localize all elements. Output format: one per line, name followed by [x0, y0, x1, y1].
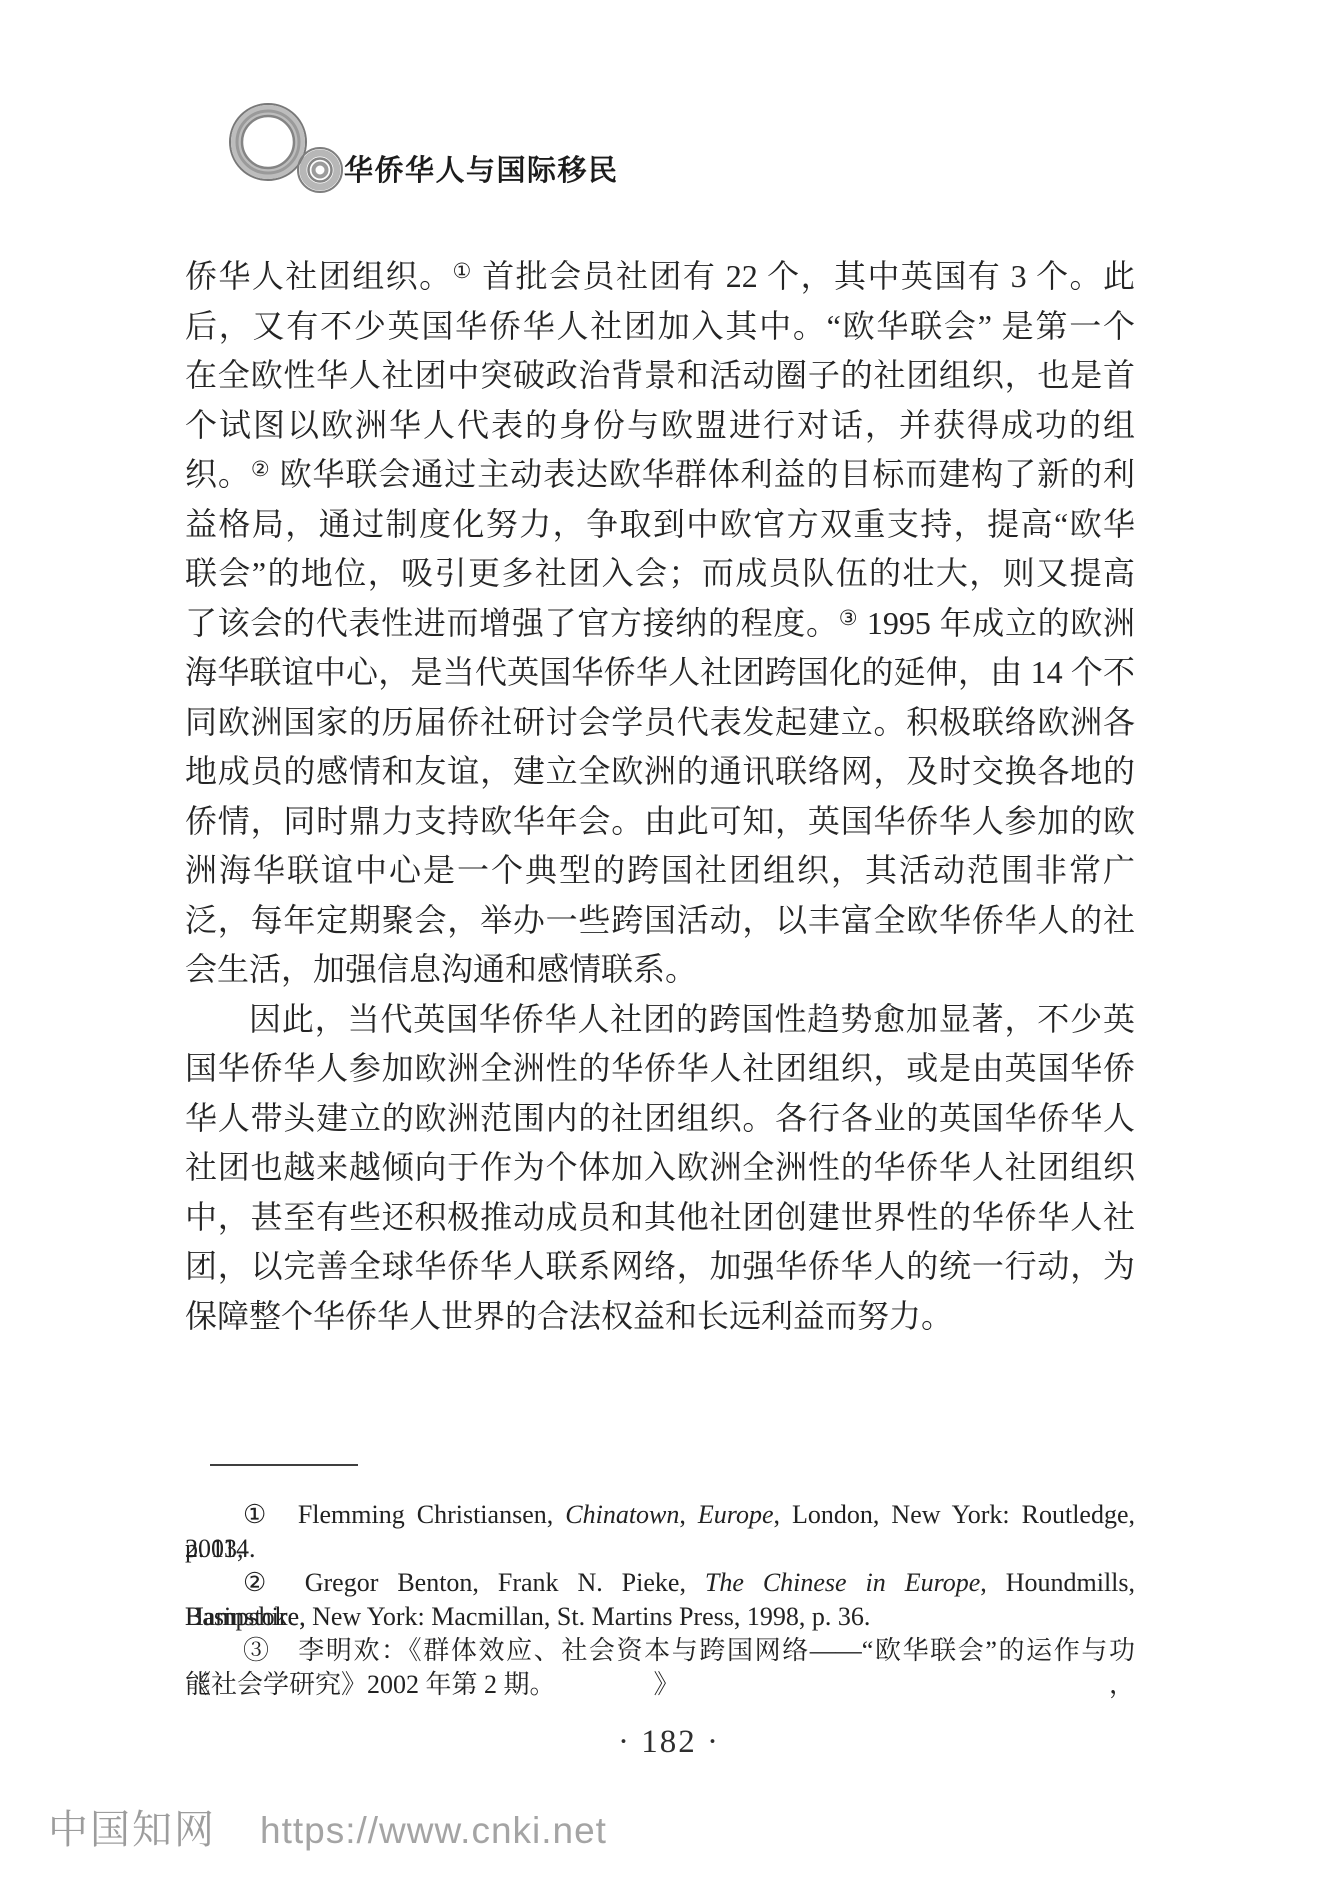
footnote-1-line: p. 114.	[185, 1532, 1135, 1566]
footnote-1-line: ① Flemming Christiansen, Chinatown, Euro…	[185, 1498, 1135, 1532]
body-text-line: 联会”的地位，吸引更多社团入会；而成员队伍的壮大，则又提高	[185, 549, 1135, 599]
body-text-line: 地成员的感情和友谊，建立全欧洲的通讯联络网，及时交换各地的	[185, 747, 1135, 797]
body-text-line: 因此，当代英国华侨华人社团的跨国性趋势愈加显著，不少英	[185, 995, 1135, 1045]
main-text-block: 侨华人社团组织。① 首批会员社团有 22 个，其中英国有 3 个。此 后，又有不…	[185, 252, 1135, 1341]
body-text-line: 团，以完善全球华侨华人联系网络，加强华侨华人的统一行动，为	[185, 1242, 1135, 1292]
footnote-separator-rule	[210, 1464, 358, 1466]
footnote-3-line: ③ 李明欢：《群体效应、社会资本与跨国网络——“欧华联会”的运作与功能》，	[185, 1634, 1135, 1668]
watermark-url: https://www.cnki.net	[260, 1810, 607, 1852]
body-text-line: 中，甚至有些还积极推动成员和其他社团创建世界性的华侨华人社	[185, 1193, 1135, 1243]
book-title: 华侨华人与国际移民	[344, 148, 619, 189]
body-text-line: 海华联谊中心，是当代英国华侨华人社团跨国化的延伸，由 14 个不	[185, 648, 1135, 698]
body-text-line: 会生活，加强信息沟通和感情联系。	[185, 945, 1135, 995]
body-text-line: 在全欧性华人社团中突破政治背景和活动圈子的社团组织，也是首	[185, 351, 1135, 401]
body-text-line: 社团也越来越倾向于作为个体加入欧洲全洲性的华侨华人社团组织	[185, 1143, 1135, 1193]
body-text-line: 同欧洲国家的历届侨社研讨会学员代表发起建立。积极联络欧洲各	[185, 698, 1135, 748]
body-text-line: 了该会的代表性进而增强了官方接纳的程度。③ 1995 年成立的欧洲	[185, 599, 1135, 649]
scanned-book-page: 华侨华人与国际移民 侨华人社团组织。① 首批会员社团有 22 个，其中英国有 3…	[0, 0, 1338, 1890]
body-text-line: 侨情，同时鼎力支持欧华年会。由此可知，英国华侨华人参加的欧	[185, 797, 1135, 847]
cnki-watermark: 中国知网 https://www.cnki.net	[48, 1798, 607, 1855]
cnki-rings-logo-icon	[226, 100, 346, 203]
footnotes-section: ① Flemming Christiansen, Chinatown, Euro…	[185, 1498, 1135, 1702]
body-text-line: 洲海华联谊中心是一个典型的跨国社团组织，其活动范围非常广	[185, 846, 1135, 896]
body-text-line: 泛，每年定期聚会，举办一些跨国活动，以丰富全欧华侨华人的社	[185, 896, 1135, 946]
body-text-line: 保障整个华侨华人世界的合法权益和长远利益而努力。	[185, 1292, 1135, 1342]
page-number: · 182 ·	[0, 1724, 1338, 1761]
watermark-site-name: 中国知网	[48, 1798, 216, 1855]
footnote-2-line: Hampshire, New York: Macmillan, St. Mart…	[185, 1600, 1135, 1634]
body-text-line: 侨华人社团组织。① 首批会员社团有 22 个，其中英国有 3 个。此	[185, 252, 1135, 302]
body-text-line: 华人带头建立的欧洲范围内的社团组织。各行各业的英国华侨华人	[185, 1094, 1135, 1144]
body-text-line: 国华侨华人参加欧洲全洲性的华侨华人社团组织，或是由英国华侨	[185, 1044, 1135, 1094]
body-text-line: 织。② 欧华联会通过主动表达欧华群体利益的目标而建构了新的利	[185, 450, 1135, 500]
footnote-2-line: ② Gregor Benton, Frank N. Pieke, The Chi…	[185, 1566, 1135, 1600]
body-text-line: 个试图以欧洲华人代表的身份与欧盟进行对话，并获得成功的组	[185, 401, 1135, 451]
body-text-line: 益格局，通过制度化努力，争取到中欧官方双重支持，提高“欧华	[185, 500, 1135, 550]
body-text-line: 后，又有不少英国华侨华人社团加入其中。“欧华联会” 是第一个	[185, 302, 1135, 352]
